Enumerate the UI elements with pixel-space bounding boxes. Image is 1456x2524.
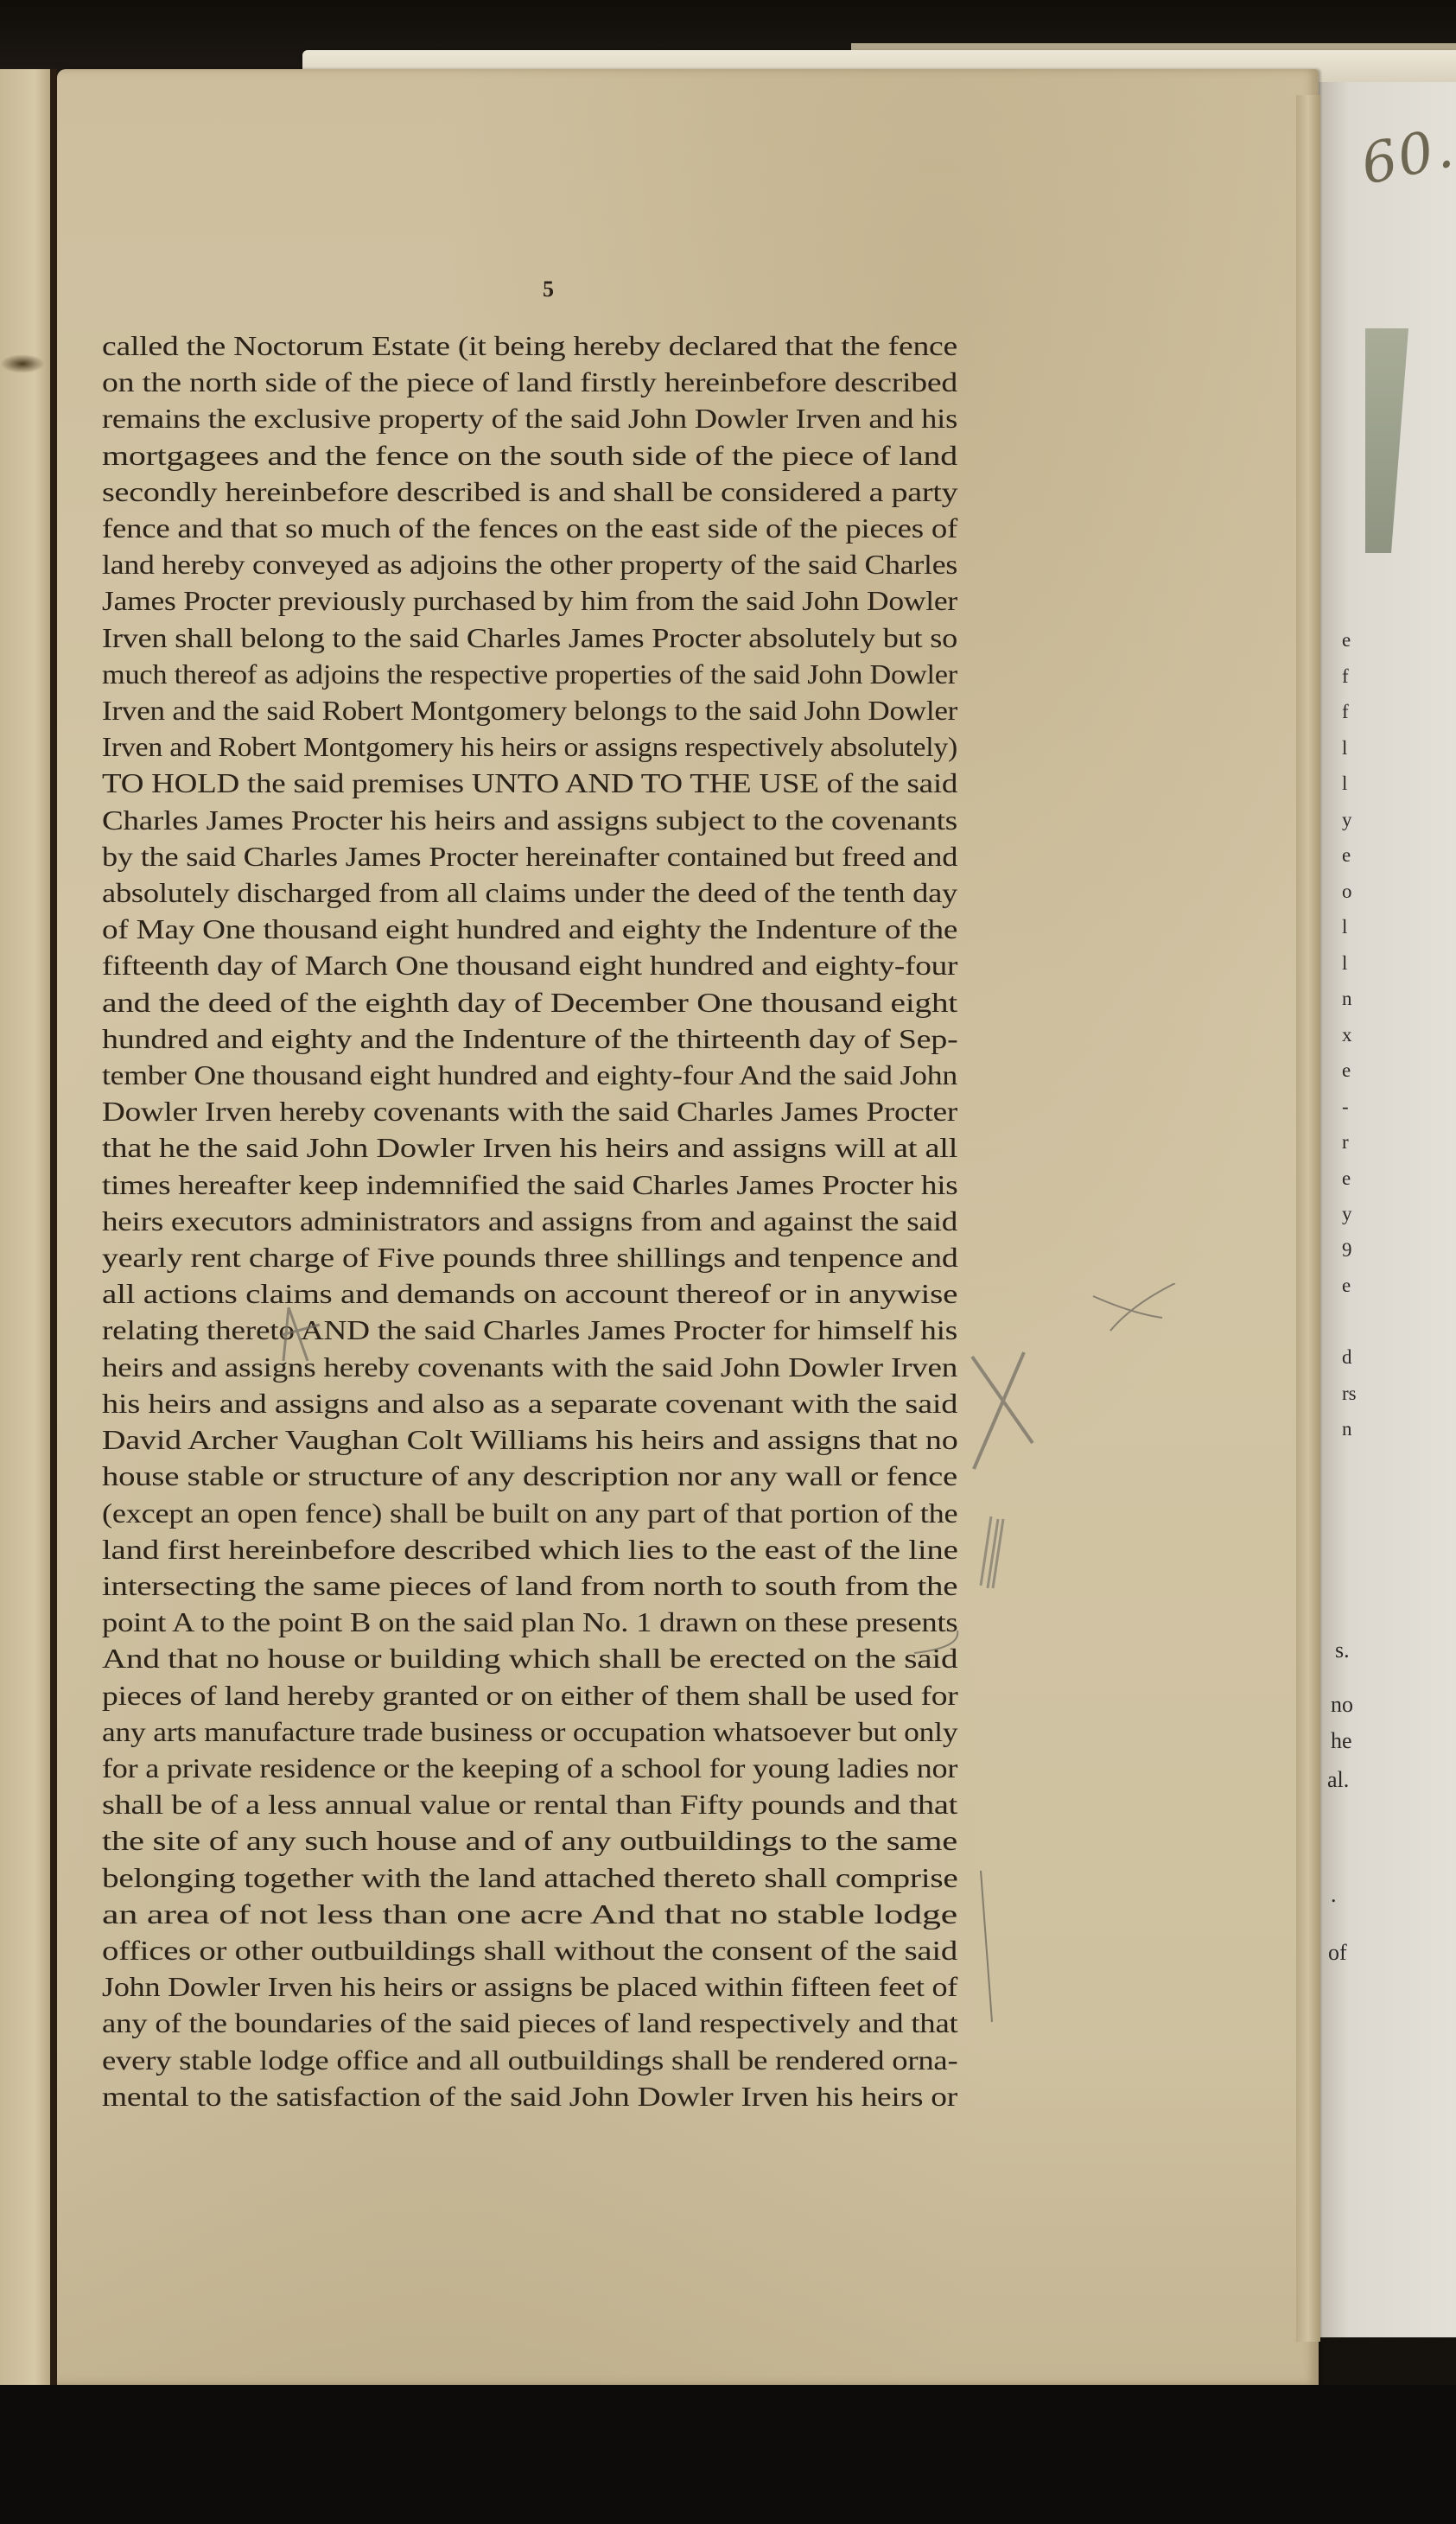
- text-line: absolutely discharged from all claims un…: [102, 875, 957, 912]
- underlying-letter: o: [1342, 874, 1377, 910]
- text-line: fifteenth day of March One thousand eigh…: [102, 948, 957, 984]
- text-line: by the said Charles James Procter herein…: [102, 839, 957, 875]
- text-line: on the north side of the piece of land f…: [102, 365, 957, 401]
- underlying-letter: e: [1342, 1160, 1377, 1197]
- text-line: TO HOLD the said premises UNTO AND TO TH…: [102, 766, 957, 802]
- text-line: yearly rent charge of Five pounds three …: [102, 1240, 957, 1276]
- binding-stain: [0, 354, 45, 373]
- underlying-fragment: he: [1331, 1728, 1352, 1754]
- text-line: any of the boundaries of the said pieces…: [102, 2006, 957, 2042]
- text-line: of May One thousand eight hundred and ei…: [102, 912, 957, 948]
- text-line: any arts manufacture trade business or o…: [102, 1714, 957, 1751]
- text-line: pieces of land hereby granted or on eith…: [102, 1678, 957, 1714]
- text-line: that he the said John Dowler Irven his h…: [102, 1130, 957, 1167]
- underlying-page: [1313, 82, 1456, 2337]
- text-line: And that no house or building which shal…: [102, 1641, 957, 1677]
- underlying-letter: [1342, 1304, 1377, 1340]
- text-line: John Dowler Irven his heirs or assigns b…: [102, 1969, 957, 2006]
- text-line: an area of not less than one acre And th…: [102, 1897, 957, 1933]
- underlying-fragment: al.: [1327, 1767, 1349, 1793]
- text-line: heirs and assigns hereby covenants with …: [102, 1350, 957, 1386]
- text-line: Charles James Procter his heirs and assi…: [102, 803, 957, 839]
- page-fore-edge: [1296, 95, 1320, 2342]
- underlying-letter: e: [1342, 1268, 1377, 1304]
- underlying-letter: y: [1342, 1196, 1377, 1232]
- underlying-letter: 9: [1342, 1232, 1377, 1268]
- underlying-letter: rs: [1342, 1376, 1377, 1412]
- text-line: offices or other outbuildings shall with…: [102, 1933, 957, 1969]
- text-line: mortgagees and the fence on the south si…: [102, 438, 957, 474]
- deed-body-text: called the Noctorum Estate (it being her…: [102, 328, 957, 2115]
- text-line: Irven shall belong to the said Charles J…: [102, 620, 957, 657]
- underlying-letter: n: [1342, 1411, 1377, 1447]
- underlying-letter: l: [1342, 909, 1377, 945]
- text-line: called the Noctorum Estate (it being her…: [102, 328, 957, 365]
- text-line: intersecting the same pieces of land fro…: [102, 1568, 957, 1605]
- green-tab: [1365, 328, 1408, 553]
- underlying-fragment: .: [1331, 1882, 1337, 1908]
- underlying-letter: l: [1342, 730, 1377, 766]
- text-line: relating thereto AND the said Charles Ja…: [102, 1313, 957, 1349]
- text-line: James Procter previously purchased by hi…: [102, 583, 957, 620]
- text-line: (except an open fence) shall be built on…: [102, 1496, 957, 1532]
- underlying-letter: e: [1342, 837, 1377, 874]
- text-line: Irven and the said Robert Montgomery bel…: [102, 693, 957, 729]
- underlying-letter: x: [1342, 1017, 1377, 1053]
- binding-background-bottom: [0, 2385, 1456, 2524]
- text-line: Irven and Robert Montgomery his heirs or…: [102, 729, 957, 766]
- text-line: tember One thousand eight hundred and ei…: [102, 1058, 957, 1094]
- gutter-line: [50, 69, 57, 2402]
- underlying-letter: y: [1342, 802, 1377, 838]
- underlying-letter: l: [1342, 945, 1377, 982]
- text-line: the site of any such house and of any ou…: [102, 1823, 957, 1860]
- text-line: Dowler Irven hereby covenants with the s…: [102, 1094, 957, 1130]
- underlying-letter: l: [1342, 766, 1377, 802]
- text-line: land hereby conveyed as adjoins the othe…: [102, 547, 957, 583]
- text-line: every stable lodge office and all outbui…: [102, 2043, 957, 2079]
- underlying-letter: f: [1342, 658, 1377, 695]
- text-line: remains the exclusive property of the sa…: [102, 401, 957, 437]
- text-line: secondly hereinbefore described is and s…: [102, 474, 957, 511]
- underlying-fragment: of: [1328, 1940, 1347, 1966]
- text-line: for a private residence or the keeping o…: [102, 1751, 957, 1787]
- text-line: land first hereinbefore described which …: [102, 1532, 957, 1568]
- underlying-letter: f: [1342, 694, 1377, 730]
- text-line: point A to the point B on the said plan …: [102, 1605, 957, 1641]
- underlying-page-text-column: effllyeollnxe-rey9edrsn: [1342, 622, 1377, 1447]
- previous-leaf-edge: [0, 69, 50, 2411]
- underlying-letter: e: [1342, 1052, 1377, 1089]
- text-line: David Archer Vaughan Colt Williams his h…: [102, 1422, 957, 1459]
- underlying-letter: r: [1342, 1124, 1377, 1160]
- text-line: and the deed of the eighth day of Decemb…: [102, 985, 957, 1021]
- text-line: shall be of a less annual value or renta…: [102, 1787, 957, 1823]
- text-line: belonging together with the land attache…: [102, 1860, 957, 1897]
- text-line: all actions claims and demands on accoun…: [102, 1276, 957, 1313]
- text-line: hundred and eighty and the Indenture of …: [102, 1021, 957, 1058]
- text-line: much thereof as adjoins the respective p…: [102, 657, 957, 693]
- text-line: his heirs and assigns and also as a sepa…: [102, 1386, 957, 1422]
- text-line: times hereafter keep indemnified the sai…: [102, 1167, 957, 1204]
- underlying-fragment: s.: [1335, 1637, 1350, 1663]
- text-line: house stable or structure of any descrip…: [102, 1459, 957, 1495]
- underlying-letter: d: [1342, 1339, 1377, 1376]
- underlying-letter: e: [1342, 622, 1377, 658]
- text-line: heirs executors administrators and assig…: [102, 1204, 957, 1240]
- text-line: fence and that so much of the fences on …: [102, 511, 957, 547]
- page-number: 5: [543, 277, 554, 302]
- underlying-letter: -: [1342, 1089, 1377, 1125]
- text-line: mental to the satisfaction of the said J…: [102, 2079, 957, 2115]
- underlying-letter: n: [1342, 981, 1377, 1017]
- underlying-fragment: no: [1331, 1692, 1353, 1718]
